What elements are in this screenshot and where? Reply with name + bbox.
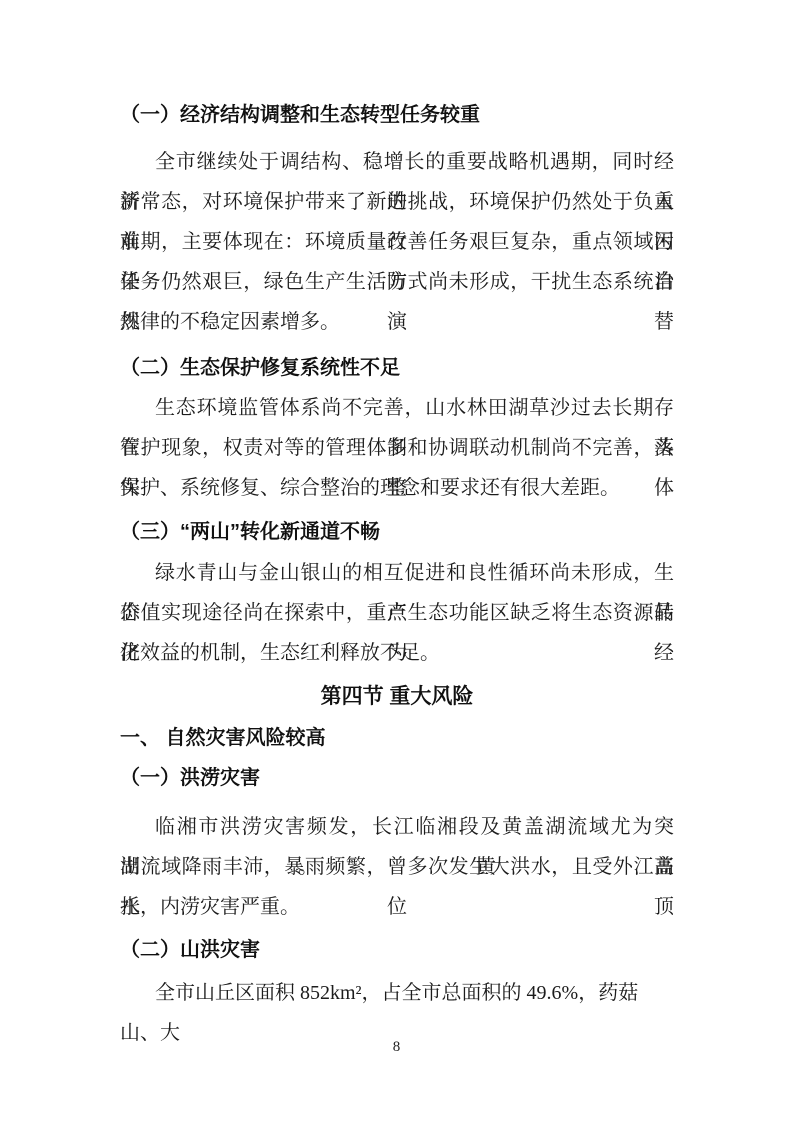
paragraph-line: 湖流域降雨丰沛，暴雨频繁，曾多次发生大洪水，且受外江高水位顶 [120, 847, 674, 887]
paragraph-green-mountains: 绿水青山与金山银山的相互促进和良性循环尚未形成，生态产品 价值实现途径尚在探索中… [120, 553, 674, 673]
paragraph-line: 价值实现途径尚在探索中，重点生态功能区缺乏将生态资源转化为经 [120, 593, 674, 633]
paragraph-line: 管护现象，权责对等的管理体制和协调联动机制尚不完善，落实整体 [120, 428, 674, 468]
paragraph-line: 任务仍然艰巨，绿色生产生活方式尚未形成，干扰生态系统自然演替 [120, 262, 674, 302]
document-page: （一）经济结构调整和生态转型任务较重 全市继续处于调结构、稳增长的重要战略机遇期… [0, 0, 793, 1122]
paragraph-line: 难期，主要体现在：环境质量改善任务艰巨复杂，重点领域污染防治 [120, 222, 674, 262]
paragraph-line: 全市山丘区面积 852km²，占全市总面积的 49.6%，药菇山、大 [120, 973, 674, 1013]
paragraph-line: 绿水青山与金山银山的相互促进和良性循环尚未形成，生态产品 [120, 553, 674, 593]
section-title-major-risks: 第四节 重大风险 [120, 677, 674, 717]
paragraph-line: 保护、系统修复、综合整治的理念和要求还有很大差距。 [120, 468, 674, 508]
heading-two-mountains-channel: （三）“两山”转化新通道不畅 [120, 512, 674, 552]
paragraph-line: 新常态，对环境保护带来了新的挑战，环境保护仍然处于负重前行困 [120, 182, 674, 222]
paragraph-line: 生态环境监管体系尚不完善，山水林田湖草沙过去长期存在多头 [120, 388, 674, 428]
page-number: 8 [0, 1036, 793, 1058]
paragraph-line: 全市继续处于调结构、稳增长的重要战略机遇期，同时经济进入 [120, 142, 674, 182]
heading-economic-structure-adjustment: （一）经济结构调整和生态转型任务较重 [120, 95, 674, 135]
heading-natural-disaster-risk: 一、 自然灾害风险较高 [120, 718, 674, 758]
paragraph-mountain-area: 全市山丘区面积 852km²，占全市总面积的 49.6%，药菇山、大 [120, 973, 674, 1013]
paragraph-economic-transition: 全市继续处于调结构、稳增长的重要战略机遇期，同时经济进入 新常态，对环境保护带来… [120, 142, 674, 342]
paragraph-flood-disaster: 临湘市洪涝灾害频发，长江临湘段及黄盖湖流域尤为突出。黄盖 湖流域降雨丰沛，暴雨频… [120, 807, 674, 927]
paragraph-eco-supervision: 生态环境监管体系尚不完善，山水林田湖草沙过去长期存在多头 管护现象，权责对等的管… [120, 388, 674, 508]
heading-eco-protection-restoration: （二）生态保护修复系统性不足 [120, 348, 674, 388]
heading-flood-disaster: （一）洪涝灾害 [120, 758, 674, 798]
paragraph-line: 临湘市洪涝灾害频发，长江临湘段及黄盖湖流域尤为突出。黄盖 [120, 807, 674, 847]
page-content: （一）经济结构调整和生态转型任务较重 全市继续处于调结构、稳增长的重要战略机遇期… [120, 95, 674, 1013]
heading-mountain-torrent-disaster: （二）山洪灾害 [120, 930, 674, 970]
